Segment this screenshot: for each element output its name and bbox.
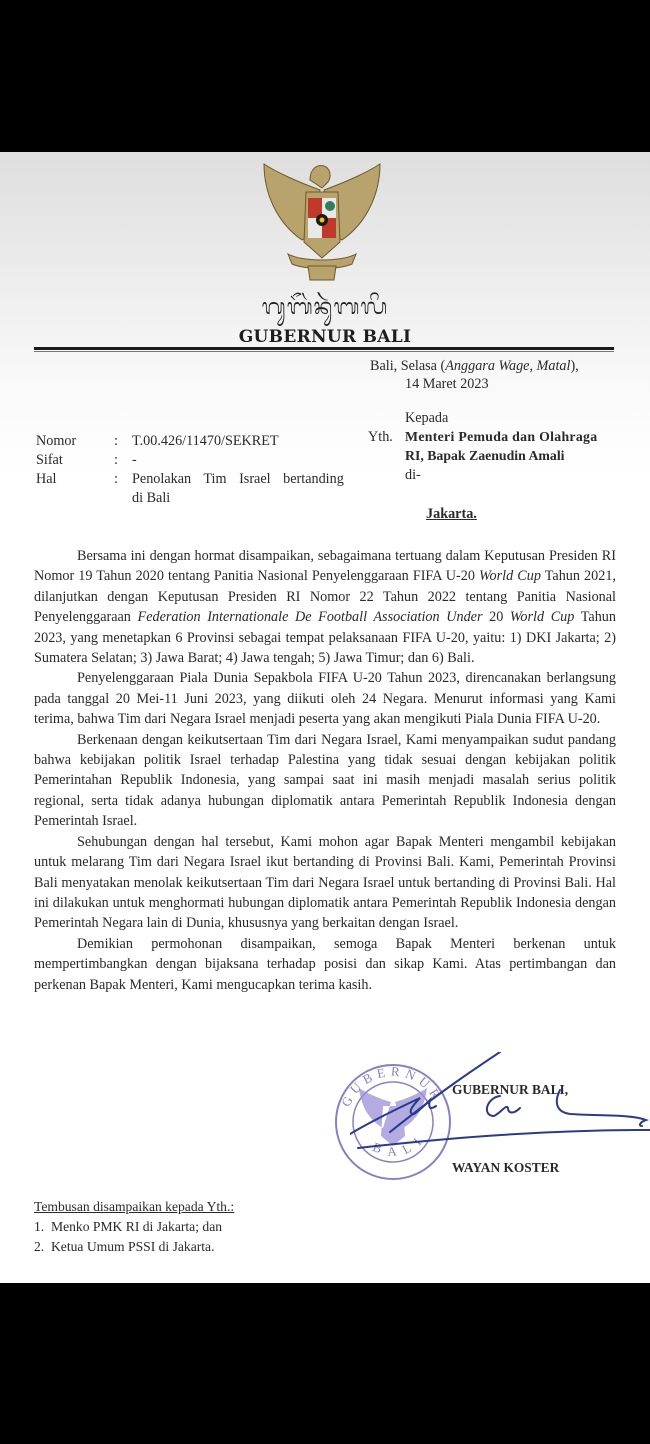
letterhead-divider [34, 347, 614, 350]
meta-label-hal: Hal [36, 469, 57, 489]
meta-sep: : [114, 450, 118, 470]
cc-list: 1. Menko PMK RI di Jakarta; dan 2. Ketua… [34, 1217, 234, 1257]
paragraph-1: Bersama ini dengan hormat disampaikan, s… [34, 546, 616, 668]
meta-value-nomor: T.00.426/11470/SEKRET [132, 431, 279, 451]
recipient-to-label: Kepada [405, 408, 448, 428]
meta-sep: : [114, 431, 118, 451]
meta-value-sifat: - [132, 450, 137, 470]
signatory-name: WAYAN KOSTER [452, 1158, 559, 1178]
meta-label-nomor: Nomor [36, 431, 76, 451]
recipient-line-2: RI, Bapak Zaenudin Amali [405, 446, 565, 466]
meta-sep: : [114, 469, 118, 489]
p1-italic: Federation Internationale De Football As… [138, 609, 483, 625]
cc-item: 1. Menko PMK RI di Jakarta; dan [34, 1217, 234, 1237]
letter-page: ᬕᬸᬩᭂᬃᬦᬸᬃᬩᬮᬶ GUBERNUR BALI Bali, Selasa (… [0, 152, 650, 1283]
date-value: 14 Maret 2023 [405, 374, 489, 394]
paragraph-5: Demikian permohonan disampaikan, semoga … [34, 934, 616, 995]
recipient-line-1: Menteri Pemuda dan Olahraga [405, 427, 597, 447]
recipient-city: Jakarta. [426, 504, 477, 524]
paragraph-2: Penyelenggaraan Piala Dunia Sepakbola FI… [34, 668, 616, 729]
letter-body: Bersama ini dengan hormat disampaikan, s… [34, 546, 616, 995]
meta-value-hal: Penolakan Tim Israel bertanding [132, 469, 344, 489]
cc-item: 2. Ketua Umum PSSI di Jakarta. [34, 1237, 234, 1257]
recipient-yth: Yth. [368, 427, 393, 447]
p1-italic: World Cup [510, 609, 574, 625]
paragraph-3: Berkenaan dengan keikutsertaan Tim dari … [34, 730, 616, 832]
date-close: ), [570, 358, 578, 374]
carbon-copy-section: Tembusan disampaikan kepada Yth.: 1. Men… [34, 1197, 234, 1257]
cc-heading: Tembusan disampaikan kepada Yth.: [34, 1197, 234, 1217]
date-line: Bali, Selasa (Anggara Wage, Matal), [370, 356, 579, 376]
recipient-di: di- [405, 465, 421, 485]
letterhead-title: GUBERNUR BALI [0, 327, 650, 347]
date-place: Bali, Selasa ( [370, 358, 445, 374]
date-day-name: Anggara Wage, Matal [445, 358, 570, 374]
paragraph-4: Sehubungan dengan hal tersebut, Kami moh… [34, 832, 616, 934]
balinese-script-title: ᬕᬸᬩᭂᬃᬦᬸᬃᬩᬮᬶ [0, 290, 650, 330]
p1-italic: World Cup [479, 568, 541, 584]
letterhead-divider-thin [34, 351, 614, 352]
signature-scrawl-icon [350, 1052, 650, 1162]
meta-label-sifat: Sifat [36, 450, 63, 470]
p1-text: 20 [482, 609, 509, 625]
meta-value-hal-cont: di Bali [132, 488, 170, 508]
garuda-emblem-icon [258, 162, 386, 290]
